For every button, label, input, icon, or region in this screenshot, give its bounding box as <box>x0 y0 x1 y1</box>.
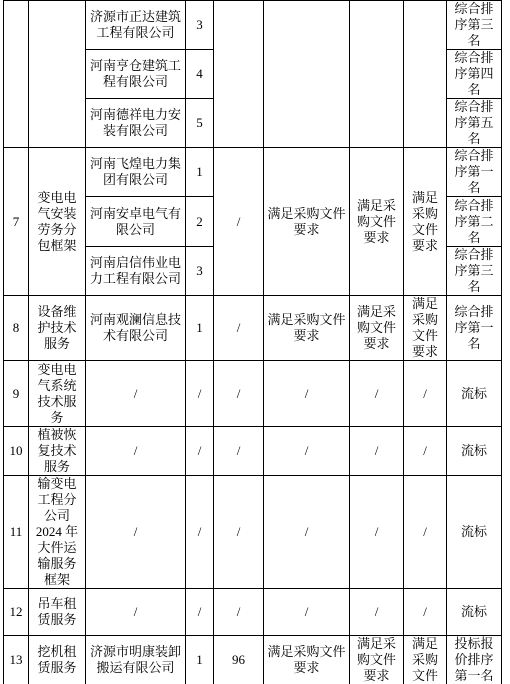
cell-req3: / <box>404 589 447 636</box>
cell-rank: / <box>186 476 214 589</box>
cell-package: 变电电 气安装 劳务分 包框架 <box>29 148 86 296</box>
table-row: 10植被恢 复技术 服务//////流标 <box>4 427 502 476</box>
cell-req1: / <box>264 589 350 636</box>
table-row: 9变电电 气系统 技术服 务//////流标 <box>4 361 502 427</box>
cell-req1: 满足采购文件 要求 <box>264 148 350 296</box>
cell-req3: 满足 采购 文件 <box>404 636 447 684</box>
cell-req2: 满足采 购文件 要求 <box>350 636 404 684</box>
cell-req2: / <box>350 361 404 427</box>
cell-company: / <box>86 476 186 589</box>
cell-package: 吊车租 赁服务 <box>29 589 86 636</box>
cell-req1: / <box>264 476 350 589</box>
cell-req3: / <box>404 427 447 476</box>
cell-result: 综合排 序第五 名 <box>447 99 502 148</box>
cell-score: / <box>214 296 264 361</box>
cell-req1: / <box>264 427 350 476</box>
cell-company: 河南飞煌电力集 团有限公司 <box>86 148 186 197</box>
table-row: 12吊车租 赁服务//////流标 <box>4 589 502 636</box>
table-row: 8设备维 护技术 服务河南观澜信息技 术有限公司1/满足采购文件 要求满足采 购… <box>4 296 502 361</box>
cell-rank: 1 <box>186 636 214 684</box>
cell-req3: 满足 采购 文件 要求 <box>404 296 447 361</box>
table-row: 济源市正达建筑 工程有限公司3综合排 序第三 名 <box>4 1 502 50</box>
cell-package: 变电电 气系统 技术服 务 <box>29 361 86 427</box>
cell-rank: 1 <box>186 148 214 197</box>
cell-score <box>214 1 264 148</box>
cell-company: 济源市正达建筑 工程有限公司 <box>86 1 186 50</box>
cell-rank: 5 <box>186 99 214 148</box>
cell-company: / <box>86 427 186 476</box>
cell-company: 河南亨仓建筑工 程有限公司 <box>86 50 186 99</box>
cell-req1 <box>264 1 350 148</box>
cell-company: 济源市明康装卸 搬运有限公司 <box>86 636 186 684</box>
cell-req1: 满足采购文件 要求 <box>264 296 350 361</box>
table-row: 13挖机租 赁服务济源市明康装卸 搬运有限公司196满足采购文件 要求满足采 购… <box>4 636 502 684</box>
cell-company: / <box>86 361 186 427</box>
cell-req3: / <box>404 476 447 589</box>
cell-score: / <box>214 148 264 296</box>
cell-result: 流标 <box>447 589 502 636</box>
cell-score: / <box>214 361 264 427</box>
table-row: 11输变电 工程分 公司 2024 年 大件运 输服务 框架//////流标 <box>4 476 502 589</box>
cell-company: 河南德祥电力安 装有限公司 <box>86 99 186 148</box>
cell-no: 12 <box>4 589 29 636</box>
cell-req2: 满足采 购文件 要求 <box>350 296 404 361</box>
cell-package: 挖机租 赁服务 <box>29 636 86 684</box>
cell-req2: 满足采 购文件 要求 <box>350 148 404 296</box>
cell-no: 13 <box>4 636 29 684</box>
cell-req2: / <box>350 427 404 476</box>
cell-req1: / <box>264 361 350 427</box>
cell-package: 设备维 护技术 服务 <box>29 296 86 361</box>
cell-score: / <box>214 589 264 636</box>
cell-no <box>4 1 29 148</box>
cell-company: 河南观澜信息技 术有限公司 <box>86 296 186 361</box>
cell-result: 综合排 序第一 名 <box>447 296 502 361</box>
cell-rank: / <box>186 589 214 636</box>
cell-req3: / <box>404 361 447 427</box>
cell-rank: 1 <box>186 296 214 361</box>
cell-no: 9 <box>4 361 29 427</box>
cell-no: 8 <box>4 296 29 361</box>
cell-result: 综合排 序第二 名 <box>447 197 502 247</box>
cell-result: 综合排 序第四 名 <box>447 50 502 99</box>
cell-rank: 3 <box>186 1 214 50</box>
cell-package: 输变电 工程分 公司 2024 年 大件运 输服务 框架 <box>29 476 86 589</box>
cell-req1: 满足采购文件 要求 <box>264 636 350 684</box>
cell-no: 7 <box>4 148 29 296</box>
cell-result: 流标 <box>447 361 502 427</box>
cell-company: / <box>86 589 186 636</box>
cell-score: 96 <box>214 636 264 684</box>
table-row: 7变电电 气安装 劳务分 包框架河南飞煌电力集 团有限公司1/满足采购文件 要求… <box>4 148 502 197</box>
cell-rank: / <box>186 361 214 427</box>
evaluation-table: 济源市正达建筑 工程有限公司3综合排 序第三 名河南亨仓建筑工 程有限公司4综合… <box>3 0 502 684</box>
cell-rank: 3 <box>186 247 214 296</box>
cell-no: 10 <box>4 427 29 476</box>
cell-company: 河南启信伟业电 力工程有限公司 <box>86 247 186 296</box>
cell-result: 投标报 价排序 第一名 <box>447 636 502 684</box>
cell-package: 植被恢 复技术 服务 <box>29 427 86 476</box>
cell-req3 <box>404 1 447 148</box>
cell-company: 河南安卓电气有 限公司 <box>86 197 186 247</box>
cell-score: / <box>214 476 264 589</box>
cell-result: 流标 <box>447 476 502 589</box>
cell-result: 综合排 序第三 名 <box>447 247 502 296</box>
cell-req2 <box>350 1 404 148</box>
cell-result: 综合排 序第三 名 <box>447 1 502 50</box>
cell-rank: 2 <box>186 197 214 247</box>
cell-result: 流标 <box>447 427 502 476</box>
cell-req2: / <box>350 589 404 636</box>
cell-req2: / <box>350 476 404 589</box>
cell-score: / <box>214 427 264 476</box>
cell-req3: 满足 采购 文件 要求 <box>404 148 447 296</box>
cell-rank: / <box>186 427 214 476</box>
cell-result: 综合排 序第一 名 <box>447 148 502 197</box>
cell-rank: 4 <box>186 50 214 99</box>
cell-no: 11 <box>4 476 29 589</box>
cell-package <box>29 1 86 148</box>
